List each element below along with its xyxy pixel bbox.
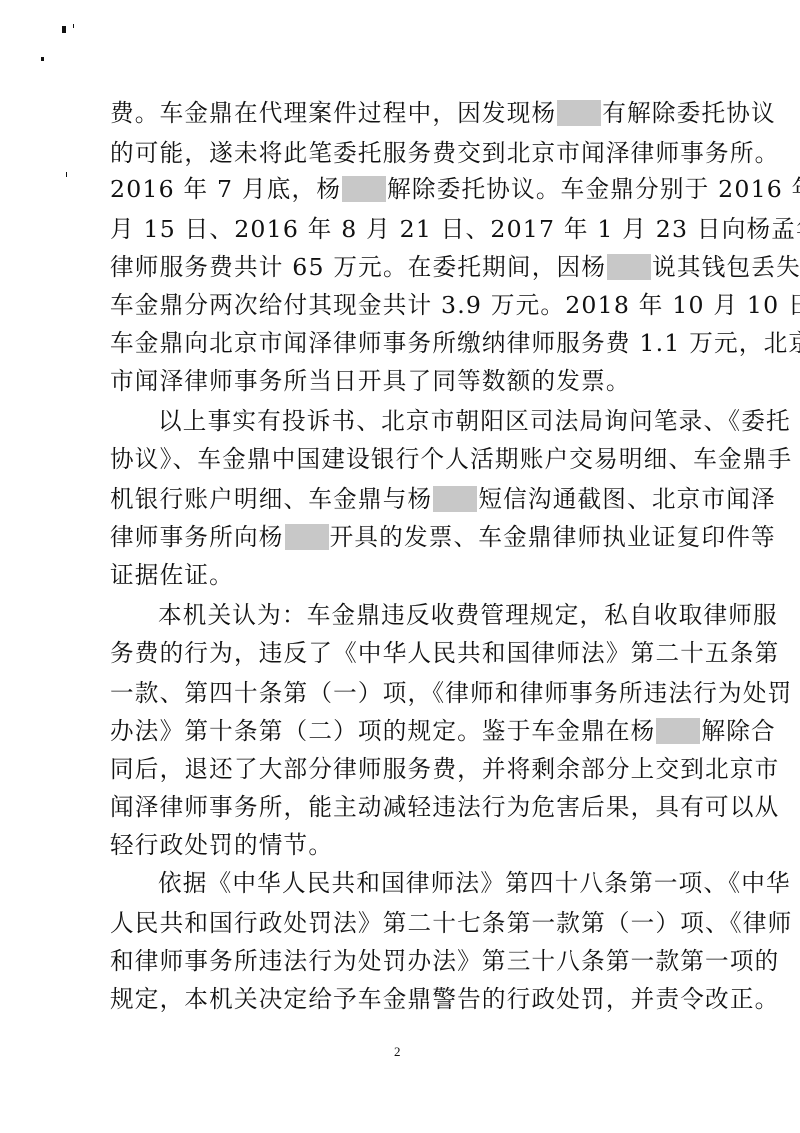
text-line: 轻行政处罚的情节。 [110, 828, 692, 862]
text-segment: 规定，本机关决定给予车金鼎警告的行政处罚，并责令改正。 [110, 985, 779, 1013]
redaction-box [557, 100, 601, 126]
text-segment: 短信沟通截图、北京市闻泽 [478, 485, 776, 513]
text-segment: 的可能，遂未将此笔委托服务费交到北京市闻泽律师事务所。 [110, 139, 779, 167]
text-line: 费。车金鼎在代理案件过程中，因发现杨有解除委托协议 [110, 96, 692, 130]
text-segment: 解除合 [701, 717, 775, 745]
redaction-box [607, 254, 651, 280]
scan-artifact [66, 172, 67, 177]
text-line: 的可能，遂未将此笔委托服务费交到北京市闻泽律师事务所。 [110, 136, 692, 170]
text-line: 机银行账户明细、车金鼎与杨短信沟通截图、北京市闻泽 [110, 482, 692, 516]
redaction-box [656, 718, 700, 744]
document-page: 费。车金鼎在代理案件过程中，因发现杨有解除委托协议的可能，遂未将此笔委托服务费交… [0, 0, 800, 1133]
text-segment: 解除委托协议。车金鼎分别于 2016 年 8 [387, 175, 800, 203]
text-segment: 费。车金鼎在代理案件过程中，因发现杨 [110, 99, 556, 127]
text-segment: 一款、第四十条第（一）项，《律师和律师事务所违法行为处罚 [110, 679, 792, 707]
text-segment: 车金鼎分两次给付其现金共计 3.9 万元。2018 年 10 月 10 日， [110, 291, 800, 319]
text-line: 律师事务所向杨开具的发票、车金鼎律师执业证复印件等 [110, 520, 692, 554]
text-segment: 2016 年 7 月底，杨 [110, 175, 341, 203]
text-segment: 办法》第十条第（二）项的规定。鉴于车金鼎在杨 [110, 717, 655, 745]
text-segment: 市闻泽律师事务所当日开具了同等数额的发票。 [110, 367, 631, 395]
scan-artifact [62, 26, 66, 33]
text-segment: 律师事务所向杨 [110, 523, 284, 551]
text-line: 律师服务费共计 65 万元。在委托期间，因杨说其钱包丢失， [110, 250, 692, 284]
text-line: 务费的行为，违反了《中华人民共和国律师法》第二十五条第 [110, 636, 692, 670]
scan-artifact [41, 57, 44, 61]
text-segment: 律师服务费共计 65 万元。在委托期间，因杨 [110, 253, 606, 281]
text-segment: 务费的行为，违反了《中华人民共和国律师法》第二十五条第 [110, 639, 779, 667]
text-segment: 开具的发票、车金鼎律师执业证复印件等 [330, 523, 776, 551]
redaction-box [285, 524, 329, 550]
text-segment: 闻泽律师事务所，能主动减轻违法行为危害后果，具有可以从 [110, 793, 779, 821]
redaction-box [342, 176, 386, 202]
text-segment: 人民共和国行政处罚法》第二十七条第一款第（一）项、《律师 [110, 909, 792, 937]
text-segment: 机银行账户明细、车金鼎与杨 [110, 485, 432, 513]
text-line: 车金鼎向北京市闻泽律师事务所缴纳律师服务费 1.1 万元，北京 [110, 326, 692, 360]
text-segment: 协议》、车金鼎中国建设银行个人活期账户交易明细、车金鼎手 [110, 445, 792, 473]
page-number: 2 [394, 1044, 401, 1060]
text-line: 以上事实有投诉书、北京市朝阳区司法局询问笔录、《委托 [158, 404, 692, 438]
text-line: 本机关认为：车金鼎违反收费管理规定，私自收取律师服 [158, 598, 692, 632]
text-segment: 说其钱包丢失， [652, 253, 800, 281]
text-line: 办法》第十条第（二）项的规定。鉴于车金鼎在杨解除合 [110, 714, 692, 748]
text-line: 车金鼎分两次给付其现金共计 3.9 万元。2018 年 10 月 10 日， [110, 288, 692, 322]
text-line: 证据佐证。 [110, 558, 692, 592]
text-line: 依据《中华人民共和国律师法》第四十八条第一项、《中华 [158, 866, 692, 900]
scan-artifact [73, 24, 74, 28]
text-line: 月 15 日、2016 年 8 月 21 日、2017 年 1 月 23 日向杨… [110, 212, 692, 246]
text-line: 闻泽律师事务所，能主动减轻违法行为危害后果，具有可以从 [110, 790, 692, 824]
text-line: 市闻泽律师事务所当日开具了同等数额的发票。 [110, 364, 692, 398]
text-segment: 车金鼎向北京市闻泽律师事务所缴纳律师服务费 1.1 万元，北京 [110, 329, 800, 357]
text-line: 一款、第四十条第（一）项，《律师和律师事务所违法行为处罚 [110, 676, 692, 710]
text-line: 2016 年 7 月底，杨解除委托协议。车金鼎分别于 2016 年 8 [110, 172, 692, 206]
text-segment: 月 15 日、2016 年 8 月 21 日、2017 年 1 月 23 日向杨… [110, 215, 800, 243]
text-line: 协议》、车金鼎中国建设银行个人活期账户交易明细、车金鼎手 [110, 442, 692, 476]
text-segment: 有解除委托协议 [602, 99, 776, 127]
text-segment: 和律师事务所违法行为处罚办法》第三十八条第一款第一项的 [110, 947, 779, 975]
text-line: 和律师事务所违法行为处罚办法》第三十八条第一款第一项的 [110, 944, 692, 978]
text-segment: 依据《中华人民共和国律师法》第四十八条第一项、《中华 [158, 869, 791, 897]
text-segment: 本机关认为：车金鼎违反收费管理规定，私自收取律师服 [158, 601, 778, 629]
text-line: 人民共和国行政处罚法》第二十七条第一款第（一）项、《律师 [110, 906, 692, 940]
text-segment: 轻行政处罚的情节。 [110, 831, 333, 859]
text-line: 规定，本机关决定给予车金鼎警告的行政处罚，并责令改正。 [110, 982, 692, 1016]
text-segment: 证据佐证。 [110, 561, 234, 589]
text-segment: 以上事实有投诉书、北京市朝阳区司法局询问笔录、《委托 [158, 407, 791, 435]
text-segment: 同后，退还了大部分律师服务费，并将剩余部分上交到北京市 [110, 755, 779, 783]
redaction-box [433, 486, 477, 512]
text-line: 同后，退还了大部分律师服务费，并将剩余部分上交到北京市 [110, 752, 692, 786]
